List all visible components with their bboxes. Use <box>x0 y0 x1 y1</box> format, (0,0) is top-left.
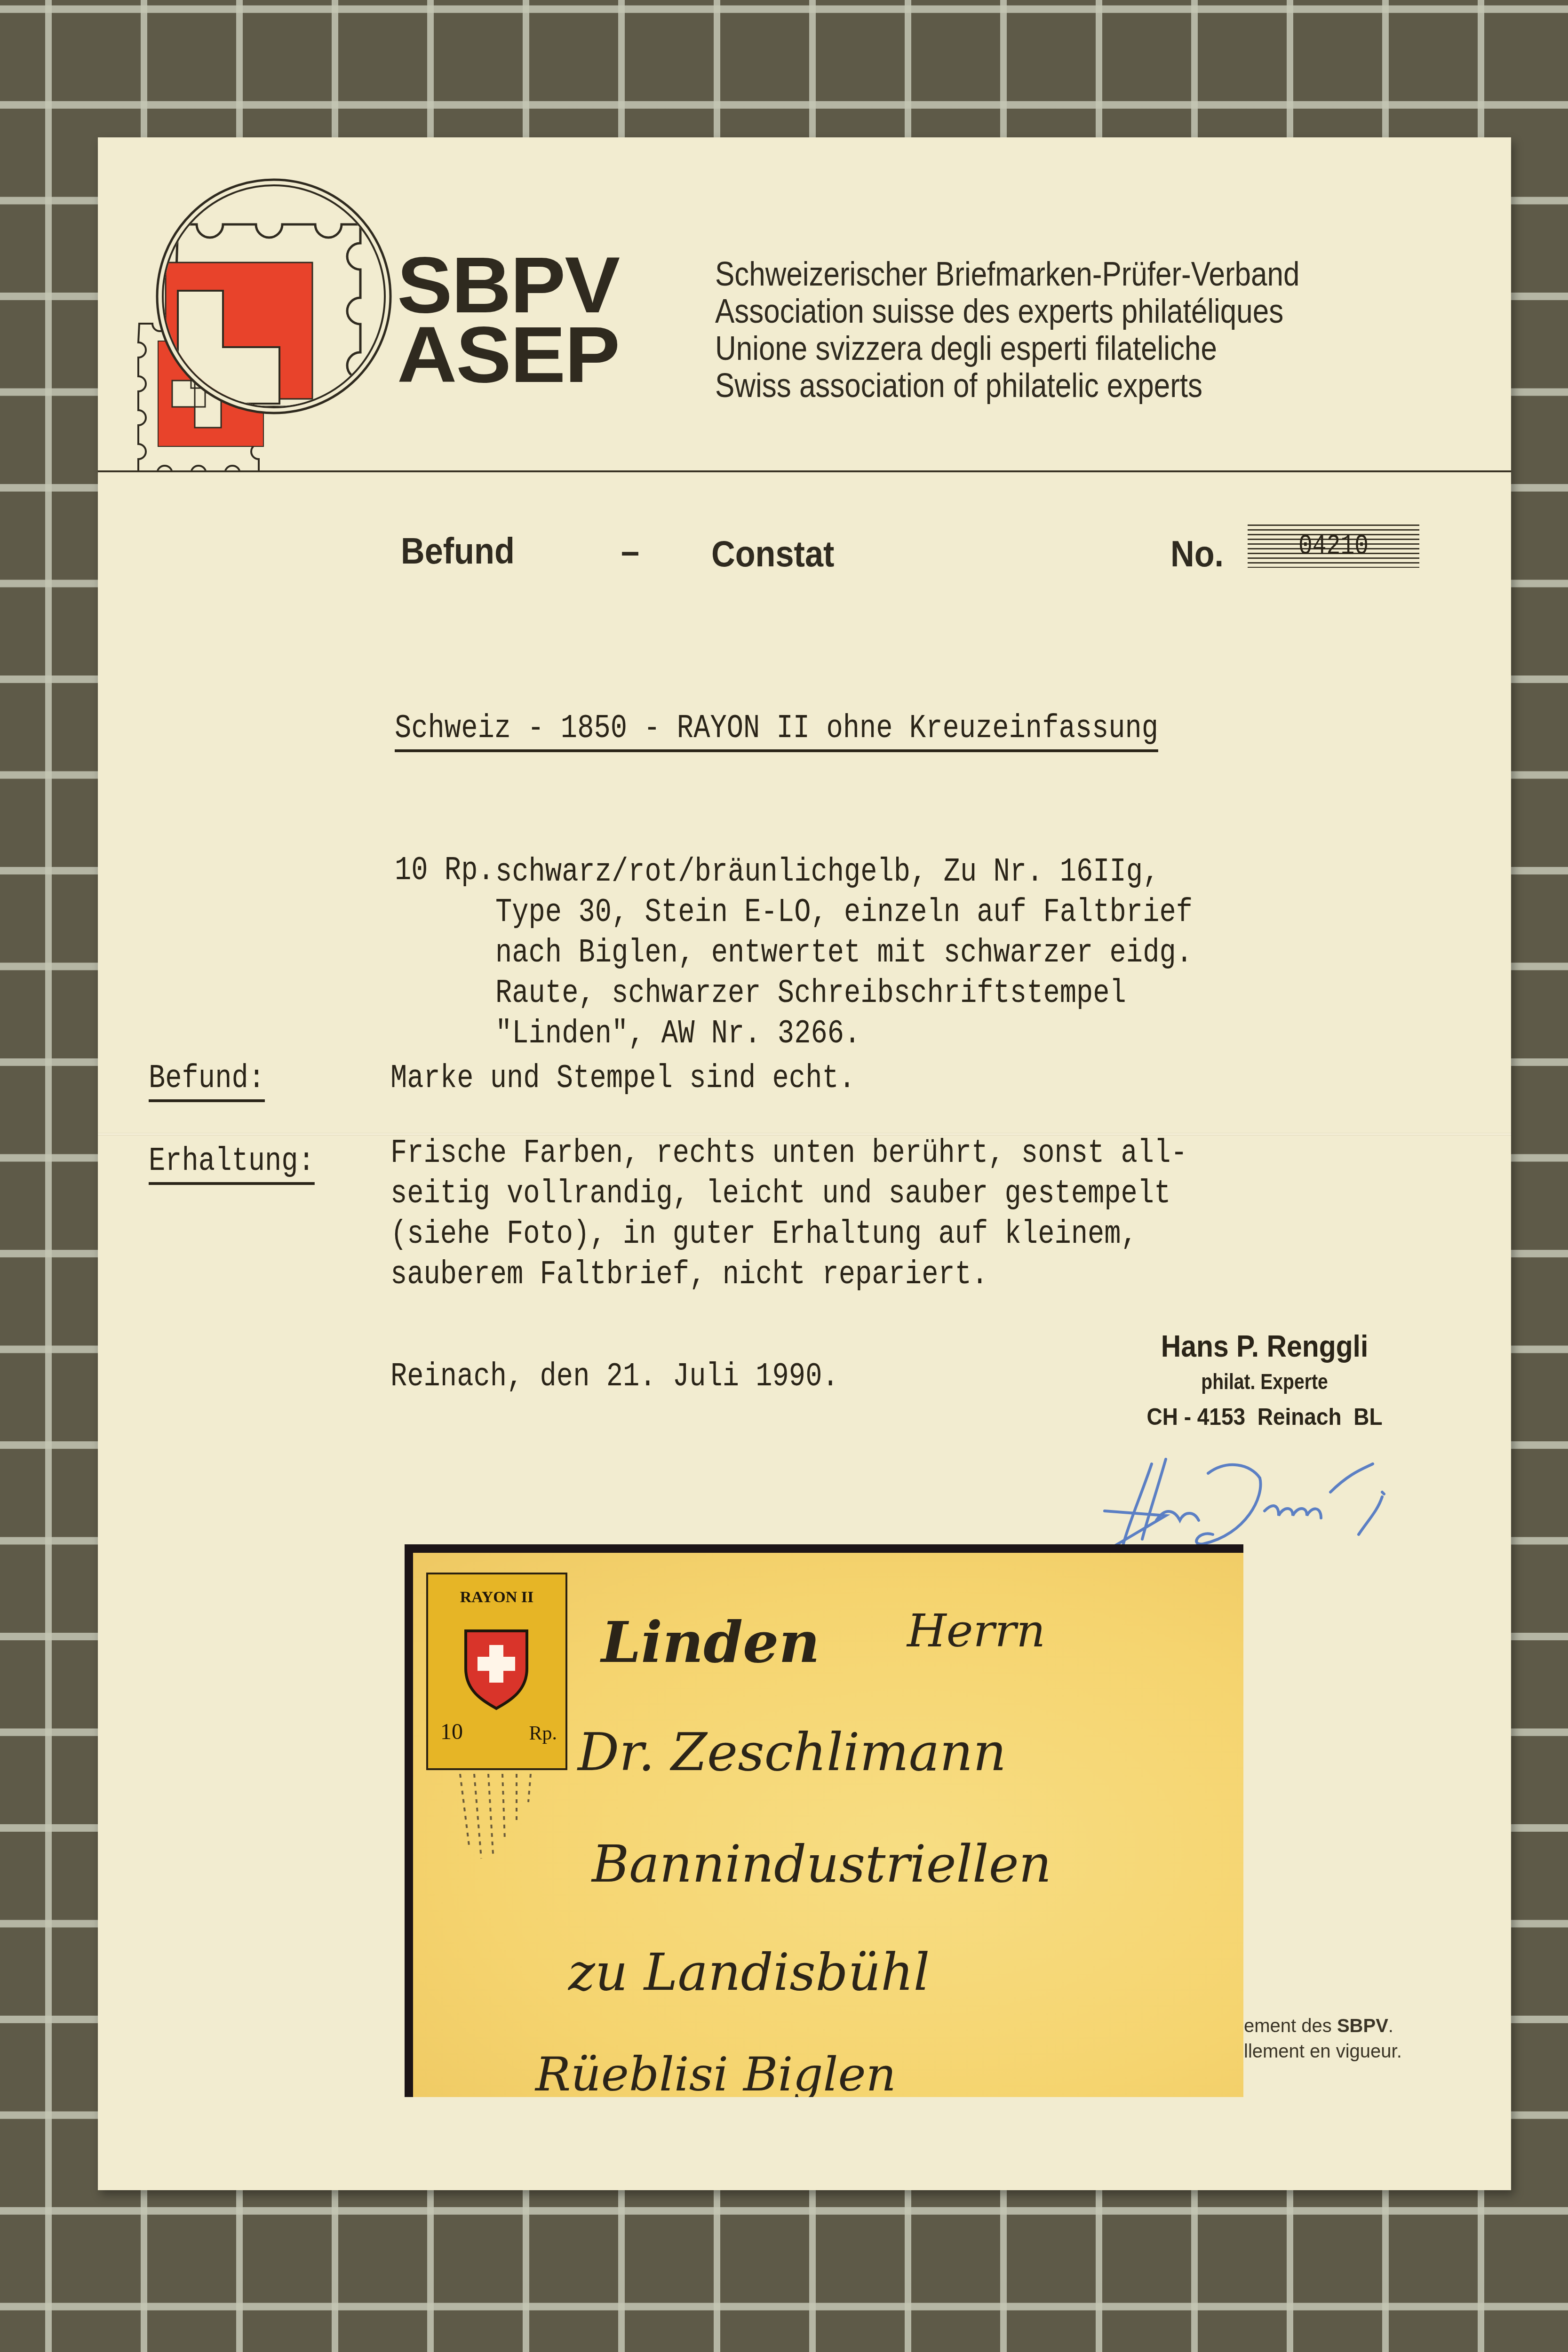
footnote: ement des SBPV. llement en vigueur. <box>1244 2013 1402 2064</box>
erhaltung-line: Frische Farben, rechts unten berührt, so… <box>390 1134 1187 1174</box>
heading-separator: – <box>621 530 639 572</box>
description-line: Type 30, Stein E-LO, einzeln auf Faltbri… <box>495 893 1193 933</box>
befund-label: Befund: <box>149 1060 265 1102</box>
expert-title: philat. Experte <box>1113 1365 1417 1398</box>
stamp-value-left: 10 <box>440 1719 463 1745</box>
description-block: schwarz/rot/bräunlichgelb, Zu Nr. 16IIg,… <box>495 852 1193 1055</box>
place-date: Reinach, den 21. Juli 1990. <box>390 1359 839 1396</box>
description-line: schwarz/rot/bräunlichgelb, Zu Nr. 16IIg, <box>495 852 1193 893</box>
constat-heading: Constat <box>711 532 834 575</box>
org-name-it: Unione svizzera degli esperti filatelich… <box>715 330 1299 367</box>
address-line: zu Landisbühl <box>568 1943 930 2002</box>
stamp-value-right: Rp. <box>529 1722 557 1745</box>
description-line: nach Biglen, entwertet mit schwarzer eid… <box>495 933 1193 974</box>
expert-stamp: Hans P. Renggli philat. Experte CH - 415… <box>1086 1327 1443 1436</box>
diamond-cancellation-icon <box>441 1774 564 1868</box>
address-line: Bannindustriellen <box>592 1835 1051 1894</box>
certificate-title: Schweiz - 1850 - RAYON II ohne Kreuzeinf… <box>395 710 1158 752</box>
address-line: Herrn <box>907 1605 1045 1657</box>
befund-heading: Befund <box>401 530 515 572</box>
address-line: Rüeblisi Biglen <box>535 2047 896 2097</box>
brand-acronyms: SBPV ASEP <box>397 250 619 389</box>
certificate-card: SBPV ASEP Schweizerischer Briefmarken-Pr… <box>98 137 1511 2190</box>
swiss-shield-icon <box>461 1621 532 1711</box>
handwritten-signature-icon <box>1095 1445 1434 1549</box>
erhaltung-line: (siehe Foto), in guter Erhaltung auf kle… <box>390 1215 1187 1255</box>
footnote-line-1: ement des SBPV. <box>1244 2013 1402 2039</box>
description-line: Raute, schwarzer Schreibschriftstempel <box>495 974 1193 1014</box>
expert-address: CH - 4153 Reinach BL <box>1100 1398 1429 1436</box>
linden-postmark: Linden <box>601 1609 820 1676</box>
brand-sbpv: SBPV <box>397 250 619 320</box>
sbpv-logo-icon <box>117 151 437 471</box>
befund-value: Marke und Stempel sind echt. <box>390 1060 855 1097</box>
stamp-rayon-text: RAYON II <box>442 1589 551 1606</box>
folded-letter: RAYON II 10 Rp. Linden Herrn Dr. Zeschli… <box>413 1553 1243 2097</box>
erhaltung-line: sauberem Faltbrief, nicht repariert. <box>390 1255 1187 1295</box>
expert-name: Hans P. Renggli <box>1100 1327 1429 1365</box>
number-label: No. <box>1170 532 1224 575</box>
erhaltung-line: seitig vollrandig, leicht und sauber ges… <box>390 1174 1187 1215</box>
header-divider <box>98 470 1511 472</box>
rayon-ii-stamp: RAYON II 10 Rp. <box>426 1573 567 1770</box>
brand-asep: ASEP <box>397 320 619 389</box>
org-name-de: Schweizerischer Briefmarken-Prüfer-Verba… <box>715 256 1299 293</box>
denomination: 10 Rp. <box>395 852 494 890</box>
organization-names: Schweizerischer Briefmarken-Prüfer-Verba… <box>715 256 1299 405</box>
erhaltung-block: Frische Farben, rechts unten berührt, so… <box>390 1134 1187 1295</box>
org-name-en: Swiss association of philatelic experts <box>715 367 1299 405</box>
erhaltung-label: Erhaltung: <box>149 1143 315 1185</box>
certificate-number-box: 04210 <box>1248 524 1419 568</box>
cover-photo: RAYON II 10 Rp. Linden Herrn Dr. Zeschli… <box>405 1544 1243 2097</box>
description-line: "Linden", AW Nr. 3266. <box>495 1014 1193 1055</box>
footnote-line-2: llement en vigueur. <box>1244 2039 1402 2064</box>
certificate-number: 04210 <box>1265 529 1402 563</box>
address-line: Dr. Zeschlimann <box>578 1722 1006 1782</box>
org-name-fr: Association suisse des experts philatéli… <box>715 293 1299 330</box>
